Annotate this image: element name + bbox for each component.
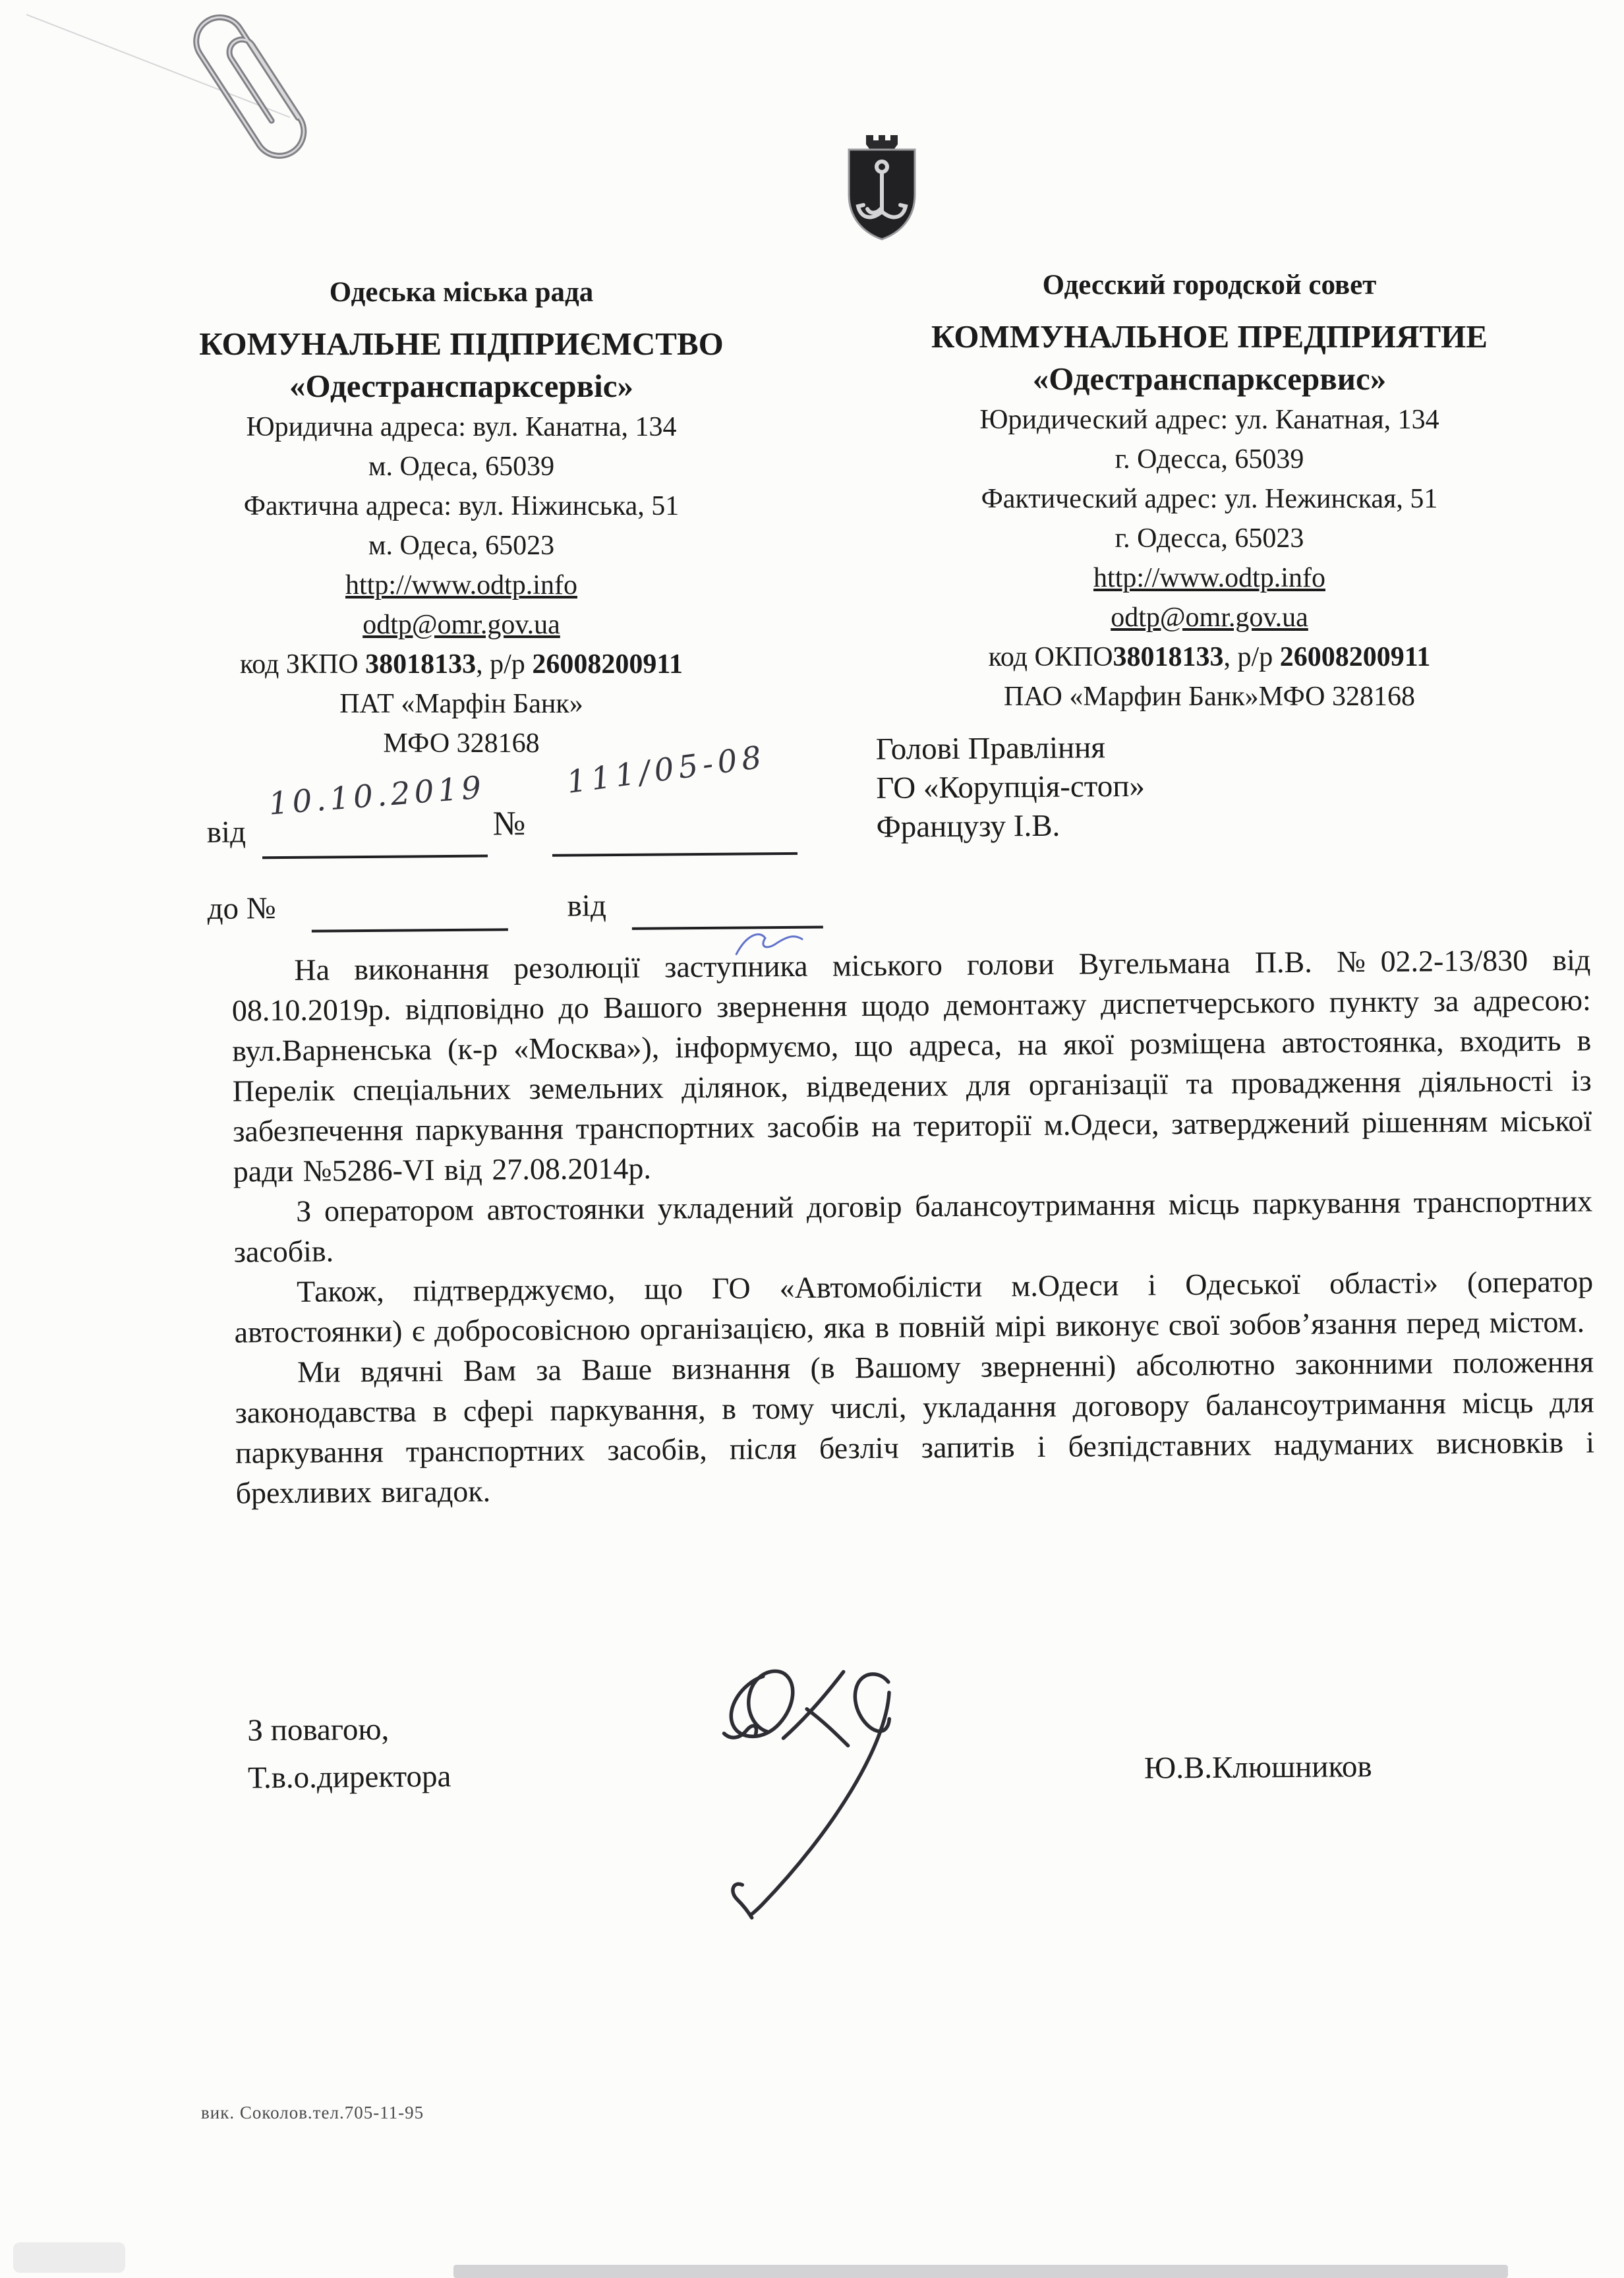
to-date-underline	[631, 860, 823, 930]
addressee-title: Голові Правління	[876, 728, 1145, 769]
scan-corner-smudge	[13, 2242, 125, 2273]
signer-name: Ю.В.Клюшников	[1144, 1747, 1372, 1788]
letter-body: На виконання резолюції заступника місько…	[231, 939, 1595, 1513]
to-number-underline	[311, 862, 508, 932]
closing-regards: З повагою,	[247, 1710, 389, 1751]
addressee-organization: ГО «Корупція-стоп»	[876, 767, 1145, 808]
from-label: від	[206, 814, 246, 850]
addressee-person: Французу І.В.	[876, 806, 1145, 847]
paragraph-2: З оператором автостоянки укладений догов…	[233, 1181, 1593, 1271]
to-number-label: до №	[207, 891, 275, 927]
scanned-letter-page: Одеська міська рада КОМУНАЛЬНЕ ПІДПРИЄМС…	[0, 0, 1624, 2278]
paragraph-1: На виконання резолюції заступника місько…	[231, 939, 1592, 1191]
signer-position: Т.в.о.директора	[248, 1757, 451, 1797]
paragraph-4: Ми вдячні Вам за Ваше визнання (в Вашому…	[235, 1341, 1595, 1513]
executor-note: вик. Соколов.тел.705-11-95	[201, 2103, 424, 2123]
closing-block: З повагою, Т.в.о.директора Ю.В.Клюшников	[0, 0, 1617, 1]
reference-block: від № 10.10.2019 111/05-08 до № від	[0, 0, 1617, 1]
scan-edge-artifact	[453, 2265, 1508, 2278]
number-sign-label: №	[492, 804, 525, 843]
handwritten-signature	[700, 1652, 979, 2024]
letter-content: від № 10.10.2019 111/05-08 до № від Голо…	[0, 0, 1624, 2278]
paragraph-3: Також, підтверджуємо, що ГО «Автомобіліс…	[234, 1261, 1594, 1352]
addressee-block: Голові Правління ГО «Корупція-стоп» Фран…	[876, 728, 1145, 847]
to-from-label: від	[567, 888, 606, 923]
